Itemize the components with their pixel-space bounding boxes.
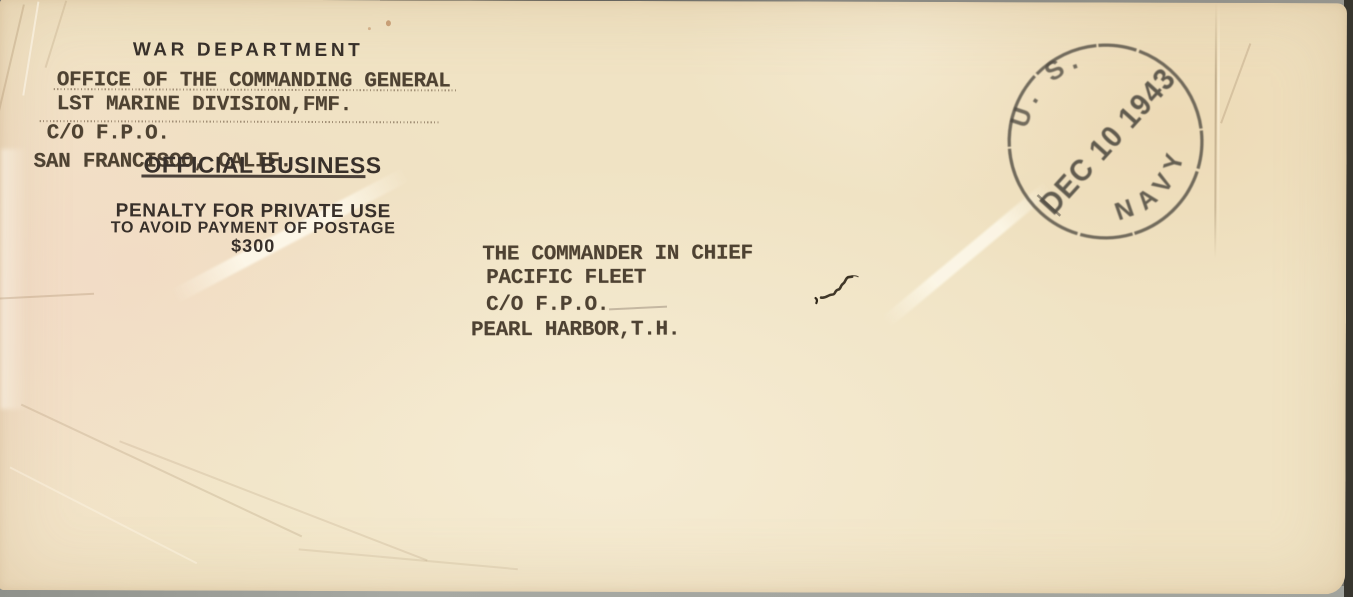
wrinkle-topleft-3 — [45, 0, 68, 67]
pencil-dash-mark — [609, 306, 667, 311]
squiggle-comma — [816, 298, 817, 303]
sender-unit-line: LST MARINE DIVISION,FMF. — [57, 93, 352, 117]
wrinkle-topleft-1 — [0, 4, 25, 116]
rust-spot-large — [386, 20, 391, 26]
sender-fpo-line: C/O F.P.O. — [47, 122, 170, 145]
war-department-heading: WAR DEPARTMENT — [133, 39, 364, 62]
rust-spot-small — [368, 27, 371, 30]
squiggle-stroke — [821, 277, 852, 298]
crease-right-vertical — [1214, 3, 1217, 259]
wrinkle-topleft-2 — [22, 2, 39, 96]
crease-bottomleft-highlight — [10, 466, 198, 564]
penalty-amount: $300 — [109, 235, 397, 257]
recipient-line-2: PACIFIC FLEET — [486, 267, 646, 290]
crease-bottommid — [299, 548, 518, 570]
envelope-front: WAR DEPARTMENT OFFICE OF THE COMMANDING … — [0, 0, 1347, 594]
crease-bottomleft-2 — [119, 440, 427, 561]
crease-bottomleft-1 — [21, 404, 302, 538]
crease-midleft — [0, 293, 94, 300]
postmark-arc-top-text: U. S. — [999, 35, 1097, 140]
ink-squiggle — [797, 262, 861, 310]
postmark-stamp: U. S. NAVY DEC 10 1943 — [999, 35, 1212, 248]
crease-topright-diagonal — [1220, 43, 1251, 123]
recipient-line-1: THE COMMANDER IN CHIEF — [482, 242, 753, 266]
worn-left-edge — [1, 149, 28, 409]
recipient-line-3: C/O F.P.O. — [486, 294, 609, 317]
envelope-scan: WAR DEPARTMENT OFFICE OF THE COMMANDING … — [0, 0, 1353, 597]
crease-right-vertical-highlight — [1217, 3, 1220, 253]
recipient-line-4: PEARL HARBOR,T.H. — [471, 318, 680, 342]
